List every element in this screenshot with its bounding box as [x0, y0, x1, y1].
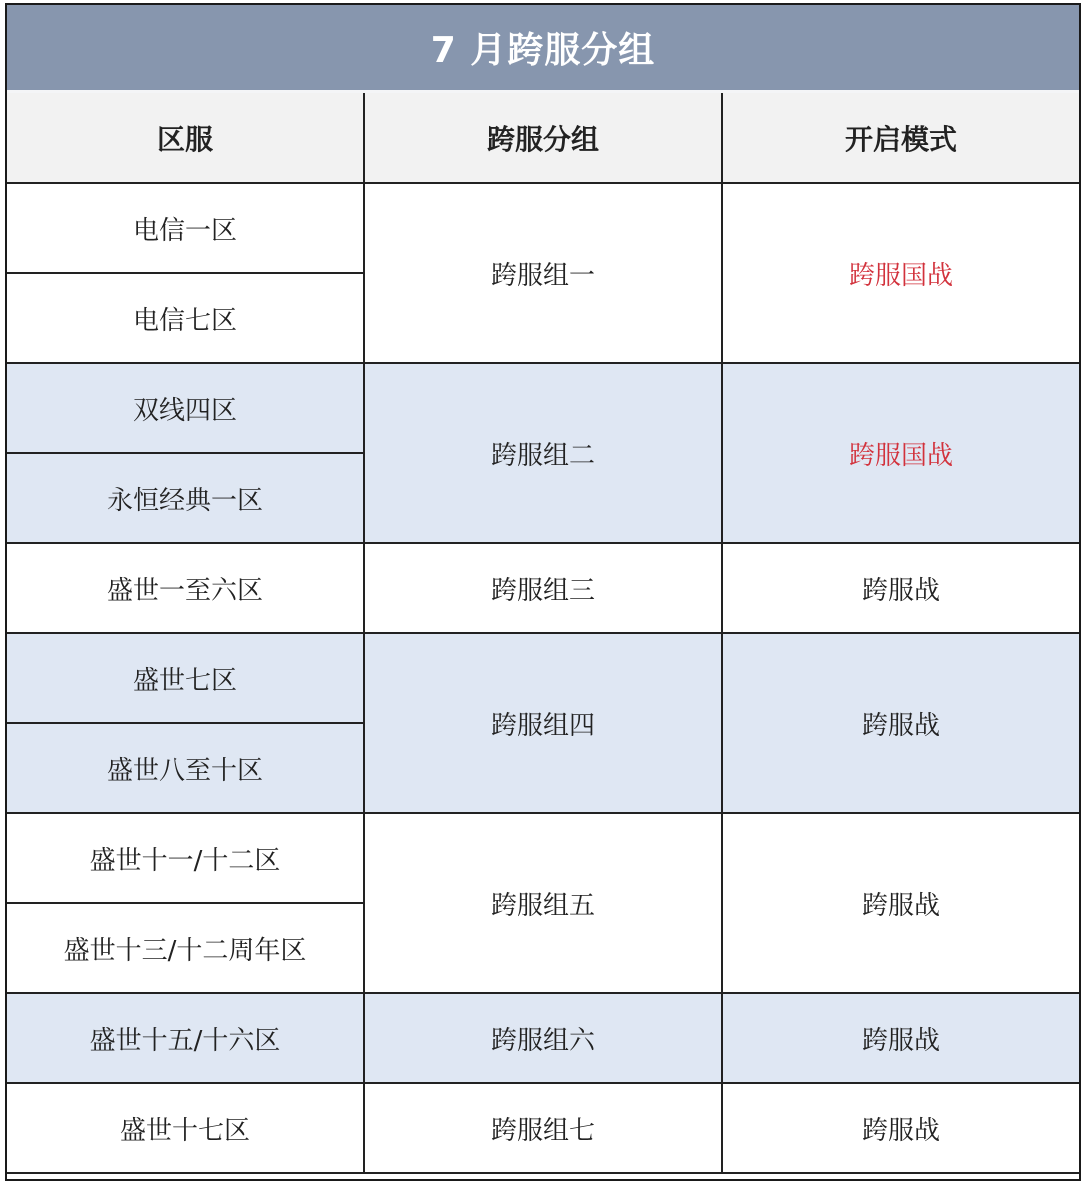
zone-cell: 盛世十一/十二区 [7, 813, 364, 903]
table-row: 盛世十七区 跨服组七 跨服战 [7, 1083, 1079, 1173]
zone-cell: 盛世十三/十二周年区 [7, 903, 364, 993]
zone-cell: 盛世七区 [7, 633, 364, 723]
group-cell: 跨服组一 [364, 183, 722, 363]
table-row: 电信一区 跨服组一 跨服国战 [7, 183, 1079, 273]
group-cell: 跨服组五 [364, 813, 722, 993]
column-header-mode: 开启模式 [722, 93, 1079, 183]
table-title: 7 月跨服分组 [7, 5, 1079, 93]
column-header-group: 跨服分组 [364, 93, 722, 183]
table-row: 盛世十一/十二区 跨服组五 跨服战 [7, 813, 1079, 903]
table-row: 双线四区 跨服组二 跨服国战 [7, 363, 1079, 453]
group-cell: 跨服组三 [364, 543, 722, 633]
zone-cell: 盛世一至六区 [7, 543, 364, 633]
cross-server-group-table: 区服 跨服分组 开启模式 电信一区 跨服组一 跨服国战 电信七区 双线四区 跨服… [7, 93, 1079, 1174]
zone-cell: 盛世八至十区 [7, 723, 364, 813]
zone-cell: 电信一区 [7, 183, 364, 273]
mode-cell: 跨服国战 [722, 363, 1079, 543]
table-row: 盛世七区 跨服组四 跨服战 [7, 633, 1079, 723]
table-row: 盛世十五/十六区 跨服组六 跨服战 [7, 993, 1079, 1083]
group-cell: 跨服组七 [364, 1083, 722, 1173]
mode-cell: 跨服战 [722, 993, 1079, 1083]
schedule-table-frame: 7 月跨服分组 区服 跨服分组 开启模式 电信一区 跨服组一 跨服国战 电信七区 [5, 3, 1081, 1181]
mode-cell: 跨服战 [722, 813, 1079, 993]
table-row: 盛世一至六区 跨服组三 跨服战 [7, 543, 1079, 633]
column-header-zone: 区服 [7, 93, 364, 183]
group-cell: 跨服组六 [364, 993, 722, 1083]
mode-cell: 跨服战 [722, 543, 1079, 633]
group-cell: 跨服组二 [364, 363, 722, 543]
header-row: 区服 跨服分组 开启模式 [7, 93, 1079, 183]
zone-cell: 盛世十七区 [7, 1083, 364, 1173]
mode-cell: 跨服战 [722, 1083, 1079, 1173]
zone-cell: 盛世十五/十六区 [7, 993, 364, 1083]
zone-cell: 电信七区 [7, 273, 364, 363]
zone-cell: 永恒经典一区 [7, 453, 364, 543]
mode-cell: 跨服战 [722, 633, 1079, 813]
zone-cell: 双线四区 [7, 363, 364, 453]
mode-cell: 跨服国战 [722, 183, 1079, 363]
group-cell: 跨服组四 [364, 633, 722, 813]
